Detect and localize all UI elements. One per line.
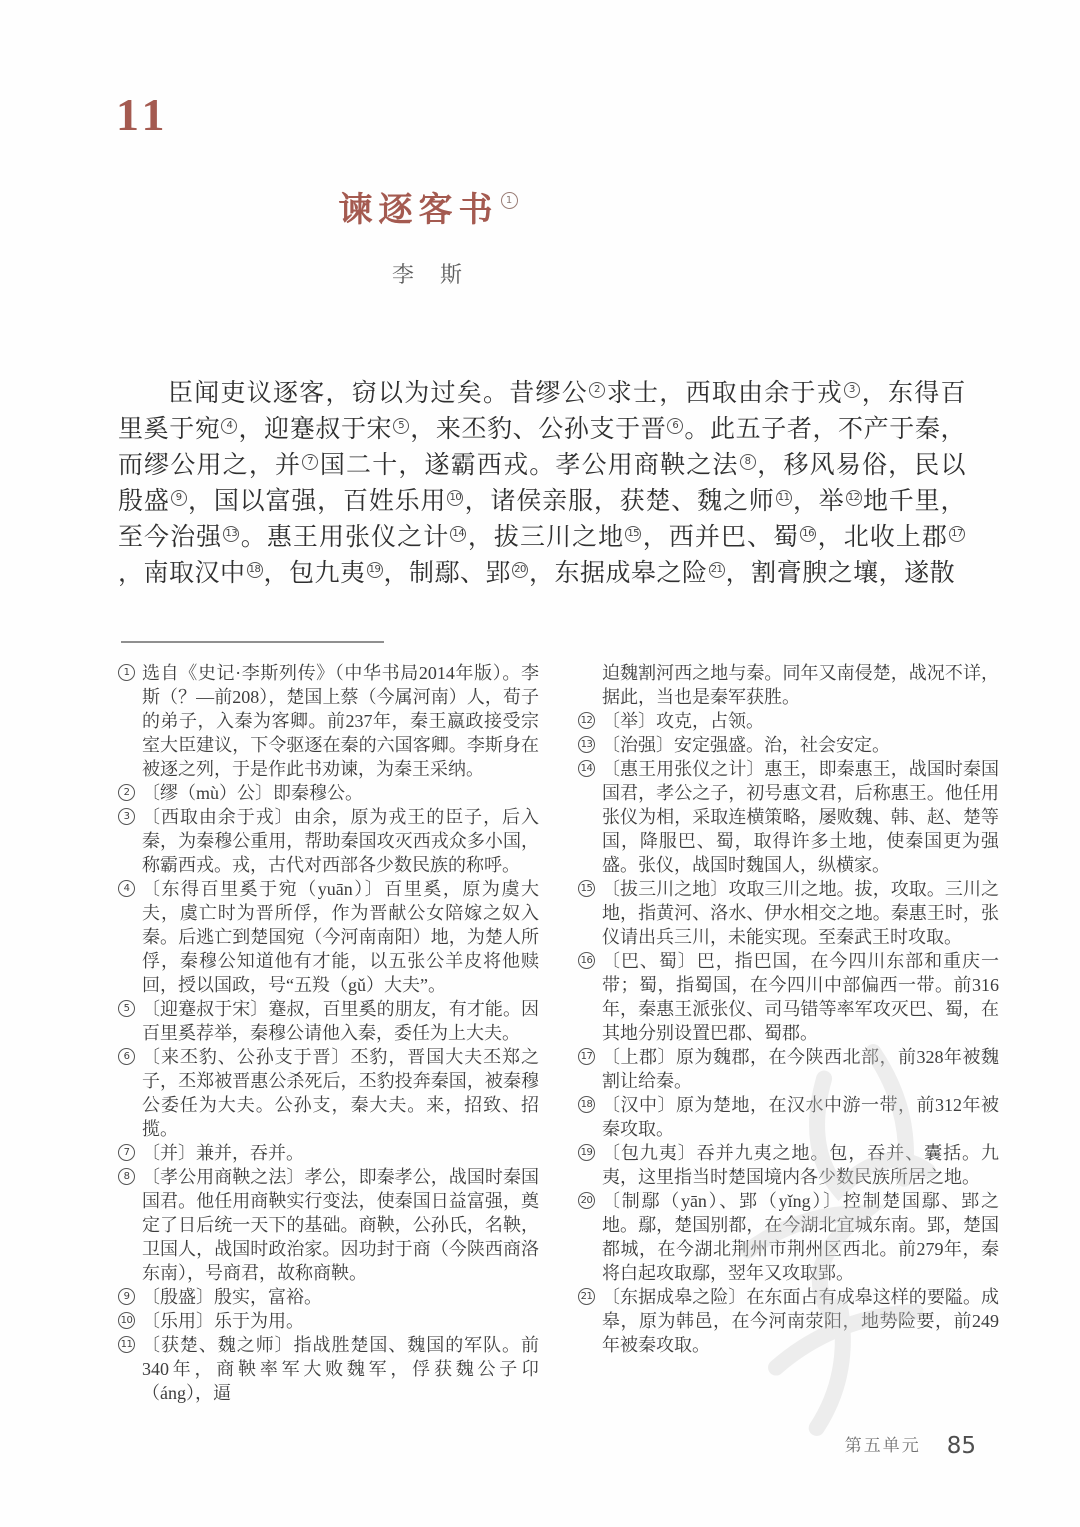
page-number: 85 bbox=[947, 1433, 976, 1459]
footnote-ref-marker: 4 bbox=[221, 418, 237, 434]
footnote-number: 16 bbox=[578, 952, 595, 969]
text-run: ，拔三川之地 bbox=[467, 524, 624, 551]
footnote-divider-line bbox=[121, 641, 384, 643]
textbook-page: 11 谏逐客书1 李 斯 臣闻吏议逐客，窃以为过矣。昔缪公2求士，西取由余于戎3… bbox=[0, 0, 1080, 1527]
footnote-ref-marker: 6 bbox=[667, 418, 683, 434]
footnote-ref-marker: 8 bbox=[740, 454, 756, 470]
footnote-item: 5〔迎蹇叔于宋〕蹇叔，百里奚的朋友，有才能。因百里奚荐举，秦穆公请他入秦，委任为… bbox=[118, 997, 539, 1045]
page-footer: 第五单元 85 bbox=[118, 1431, 976, 1459]
footnote-number: 20 bbox=[578, 1192, 595, 1209]
footnote-text: 〔东据成皋之险〕在东面占有成皋这样的要隘。成皋，原为韩邑，在今河南荥阳，地势险要… bbox=[602, 1285, 999, 1357]
footnote-item: 14〔惠王用张仪之计〕惠王，即秦惠王，战国时秦国国君，孝公之子，初号惠文君，后称… bbox=[578, 757, 999, 877]
footnote-number: 19 bbox=[578, 1144, 595, 1161]
footnote-ref-marker: 20 bbox=[512, 562, 528, 578]
footnote-text: 〔治强〕安定强盛。治，社会安定。 bbox=[602, 733, 999, 757]
footnote-number: 21 bbox=[578, 1288, 595, 1305]
text-run: 国二十，遂霸西戎。孝公用商鞅之法 bbox=[319, 452, 738, 479]
footnote-text: 〔并〕兼并，吞并。 bbox=[142, 1141, 539, 1165]
page-title: 谏逐客书 bbox=[339, 192, 499, 229]
footnotes-left-column: 1选自《史记·李斯列传》（中华书局2014年版）。李斯（？—前208），楚国上蔡… bbox=[118, 661, 539, 1405]
footnote-item: 10〔乐用〕乐于为用。 bbox=[118, 1309, 539, 1333]
footnote-ref-marker: 7 bbox=[302, 454, 318, 470]
footnote-item: 3〔西取由余于戎〕由余，原为戎王的臣子，后入秦，为秦穆公重用，帮助秦国攻灭西戎众… bbox=[118, 805, 539, 877]
author-name: 李 斯 bbox=[0, 258, 856, 289]
footnote-number: 10 bbox=[118, 1312, 135, 1329]
footnote-ref-marker: 9 bbox=[171, 490, 187, 506]
text-run: ，南取汉中 bbox=[118, 560, 246, 587]
footnote-item: 19〔包九夷〕吞并九夷之地。包，吞并、囊括。九夷，这里指当时楚国境内各少数民族所… bbox=[578, 1141, 999, 1189]
footnote-number: 17 bbox=[578, 1048, 595, 1065]
footnote-text: 〔迎蹇叔于宋〕蹇叔，百里奚的朋友，有才能。因百里奚荐举，秦穆公请他入秦，委任为上… bbox=[142, 997, 539, 1045]
footnote-text: 〔孝公用商鞅之法〕孝公，即秦孝公，战国时秦国国君。他任用商鞅实行变法，使秦国日益… bbox=[142, 1165, 539, 1285]
main-text-paragraph: 臣闻吏议逐客，窃以为过矣。昔缪公2求士，西取由余于戎3，东得百里奚于宛4，迎蹇叔… bbox=[118, 376, 966, 592]
footnote-ref-marker: 15 bbox=[625, 526, 641, 542]
footnote-text: 〔汉中〕原为楚地，在汉水中游一带，前312年被秦攻取。 bbox=[602, 1093, 999, 1141]
footnote-text: 〔殷盛〕殷实，富裕。 bbox=[142, 1285, 539, 1309]
footnote-item: 15〔拔三川之地〕攻取三川之地。拔，攻取。三川之地，指黄河、洛水、伊水相交之地。… bbox=[578, 877, 999, 949]
footnote-text: 〔来丕豹、公孙支于晋〕丕豹，晋国大夫丕郑之子，丕郑被晋惠公杀死后，丕豹投奔秦国，… bbox=[142, 1045, 539, 1141]
text-run: ，北收上郡 bbox=[817, 524, 948, 551]
footnote-number: 13 bbox=[578, 736, 595, 753]
footnote-text: 〔获楚、魏之师〕指战胜楚国、魏国的军队。前340年，商鞅率军大败魏军，俘获魏公子… bbox=[142, 1333, 539, 1405]
footnote-ref-marker: 3 bbox=[844, 382, 860, 398]
footnote-ref-marker: 16 bbox=[800, 526, 816, 542]
text-run: ，西并巴、蜀 bbox=[642, 524, 799, 551]
footnote-item: 21〔东据成皋之险〕在东面占有成皋这样的要隘。成皋，原为韩邑，在今河南荥阳，地势… bbox=[578, 1285, 999, 1357]
lesson-number: 11 bbox=[116, 92, 169, 138]
footnote-text: 〔拔三川之地〕攻取三川之地。拔，攻取。三川之地，指黄河、洛水、伊水相交之地。秦惠… bbox=[602, 877, 999, 949]
footnote-number: 18 bbox=[578, 1096, 595, 1113]
title-block: 谏逐客书1 bbox=[0, 182, 856, 231]
footnote-item: 6〔来丕豹、公孙支于晋〕丕豹，晋国大夫丕郑之子，丕郑被晋惠公杀死后，丕豹投奔秦国… bbox=[118, 1045, 539, 1141]
footnote-text: 〔西取由余于戎〕由余，原为戎王的臣子，后入秦，为秦穆公重用，帮助秦国攻灭西戎众多… bbox=[142, 805, 539, 877]
text-run: 求士，西取由余于戎 bbox=[606, 380, 843, 407]
footnote-item: 16〔巴、蜀〕巴，指巴国，在今四川东部和重庆一带；蜀，指蜀国，在今四川中部偏西一… bbox=[578, 949, 999, 1045]
footnote-ref-marker: 17 bbox=[949, 526, 965, 542]
footnote-ref-marker: 21 bbox=[709, 562, 725, 578]
text-run: ，国以富强，百姓乐用 bbox=[188, 488, 447, 515]
footnote-ref-marker: 14 bbox=[450, 526, 466, 542]
footnote-ref-marker: 19 bbox=[367, 562, 383, 578]
footnote-item: 9〔殷盛〕殷实，富裕。 bbox=[118, 1285, 539, 1309]
footnote-ref-marker: 5 bbox=[393, 418, 409, 434]
text-run: ，来丕豹、公孙支于晋 bbox=[410, 416, 666, 443]
footnotes-right-column: 迫魏割河西之地与秦。同年又南侵楚，战况不详，据此，当也是秦军获胜。12〔举〕攻克… bbox=[578, 661, 999, 1357]
footnote-item: 1选自《史记·李斯列传》（中华书局2014年版）。李斯（？—前208），楚国上蔡… bbox=[118, 661, 539, 781]
footnote-number: 11 bbox=[118, 1336, 135, 1353]
footnote-item: 13〔治强〕安定强盛。治，社会安定。 bbox=[578, 733, 999, 757]
text-run: ，迎蹇叔于宋 bbox=[238, 416, 392, 443]
footnote-number: 5 bbox=[118, 1000, 135, 1017]
footnote-item: 17〔上郡〕原为魏郡，在今陕西北部，前328年被魏割让给秦。 bbox=[578, 1045, 999, 1093]
footnote-ref-marker: 13 bbox=[223, 526, 239, 542]
footnote-ref-marker: 10 bbox=[447, 490, 463, 506]
footnote-text: 〔惠王用张仪之计〕惠王，即秦惠王，战国时秦国国君，孝公之子，初号惠文君，后称惠王… bbox=[602, 757, 999, 877]
footnote-number: 3 bbox=[118, 808, 135, 825]
footnote-text: 选自《史记·李斯列传》（中华书局2014年版）。李斯（？—前208），楚国上蔡（… bbox=[142, 661, 539, 781]
footnote-text: 迫魏割河西之地与秦。同年又南侵楚，战况不详，据此，当也是秦军获胜。 bbox=[602, 661, 999, 709]
footnote-number: 12 bbox=[578, 712, 595, 729]
footnote-ref-marker: 2 bbox=[589, 382, 605, 398]
footnote-text: 〔包九夷〕吞并九夷之地。包，吞并、囊括。九夷，这里指当时楚国境内各少数民族所居之… bbox=[602, 1141, 999, 1189]
footnote-number: 9 bbox=[118, 1288, 135, 1305]
text-run: ，包九夷 bbox=[264, 560, 366, 587]
footnote-text: 〔东得百里奚于宛（yuān）〕百里奚，原为虞大夫，虞亡时为晋所俘，作为晋献公女陪… bbox=[142, 877, 539, 997]
text-run: 。惠王用张仪之计 bbox=[240, 524, 449, 551]
footnote-item: 20〔制鄢（yān）、郢（yǐng）〕控制楚国鄢、郢之地。鄢，楚国别都，在今湖北… bbox=[578, 1189, 999, 1285]
footnote-number: 15 bbox=[578, 880, 595, 897]
text-run: 臣闻吏议逐客，窃以为过矣。昔缪公 bbox=[168, 380, 588, 407]
footnote-number: 6 bbox=[118, 1048, 135, 1065]
footnote-item: 7〔并〕兼并，吞并。 bbox=[118, 1141, 539, 1165]
footnote-number: 14 bbox=[578, 760, 595, 777]
footnote-item: 4〔东得百里奚于宛（yuān）〕百里奚，原为虞大夫，虞亡时为晋所俘，作为晋献公女… bbox=[118, 877, 539, 997]
footnote-text: 〔上郡〕原为魏郡，在今陕西北部，前328年被魏割让给秦。 bbox=[602, 1045, 999, 1093]
title-footnote-ref: 1 bbox=[501, 192, 518, 209]
footnote-number: 1 bbox=[118, 664, 135, 681]
footnote-number: 7 bbox=[118, 1144, 135, 1161]
text-run: ，制鄢、郢 bbox=[384, 560, 512, 587]
text-run: ，东据成皋之险 bbox=[529, 560, 708, 587]
text-run: ，诸侯亲服，获楚、魏之师 bbox=[464, 488, 774, 515]
text-run: ，割膏腴之壤，遂散 bbox=[726, 560, 956, 587]
footnote-ref-marker: 18 bbox=[247, 562, 263, 578]
footnote-item: 8〔孝公用商鞅之法〕孝公，即秦孝公，战国时秦国国君。他任用商鞅实行变法，使秦国日… bbox=[118, 1165, 539, 1285]
footnote-text: 〔乐用〕乐于为用。 bbox=[142, 1309, 539, 1333]
footnote-text: 〔巴、蜀〕巴，指巴国，在今四川东部和重庆一带；蜀，指蜀国，在今四川中部偏西一带。… bbox=[602, 949, 999, 1045]
footnote-item: 18〔汉中〕原为楚地，在汉水中游一带，前312年被秦攻取。 bbox=[578, 1093, 999, 1141]
footnote-item: 12〔举〕攻克，占领。 bbox=[578, 709, 999, 733]
footnote-item: 11〔获楚、魏之师〕指战胜楚国、魏国的军队。前340年，商鞅率军大败魏军，俘获魏… bbox=[118, 1333, 539, 1405]
footnote-item: 2〔缪（mù）公〕即秦穆公。 bbox=[118, 781, 539, 805]
footnote-text: 〔缪（mù）公〕即秦穆公。 bbox=[142, 781, 539, 805]
footnote-text: 〔举〕攻克，占领。 bbox=[602, 709, 999, 733]
footnote-number: 8 bbox=[118, 1168, 135, 1185]
unit-label: 第五单元 bbox=[845, 1436, 921, 1455]
footnote-ref-marker: 12 bbox=[846, 490, 862, 506]
footnote-ref-marker: 11 bbox=[776, 490, 792, 506]
footnote-number: 4 bbox=[118, 880, 135, 897]
footnote-item: 迫魏割河西之地与秦。同年又南侵楚，战况不详，据此，当也是秦军获胜。 bbox=[578, 661, 999, 709]
footnote-number: 2 bbox=[118, 784, 135, 801]
text-run: ，举 bbox=[793, 488, 845, 515]
footnote-text: 〔制鄢（yān）、郢（yǐng）〕控制楚国鄢、郢之地。鄢，楚国别都，在今湖北宜城… bbox=[602, 1189, 999, 1285]
